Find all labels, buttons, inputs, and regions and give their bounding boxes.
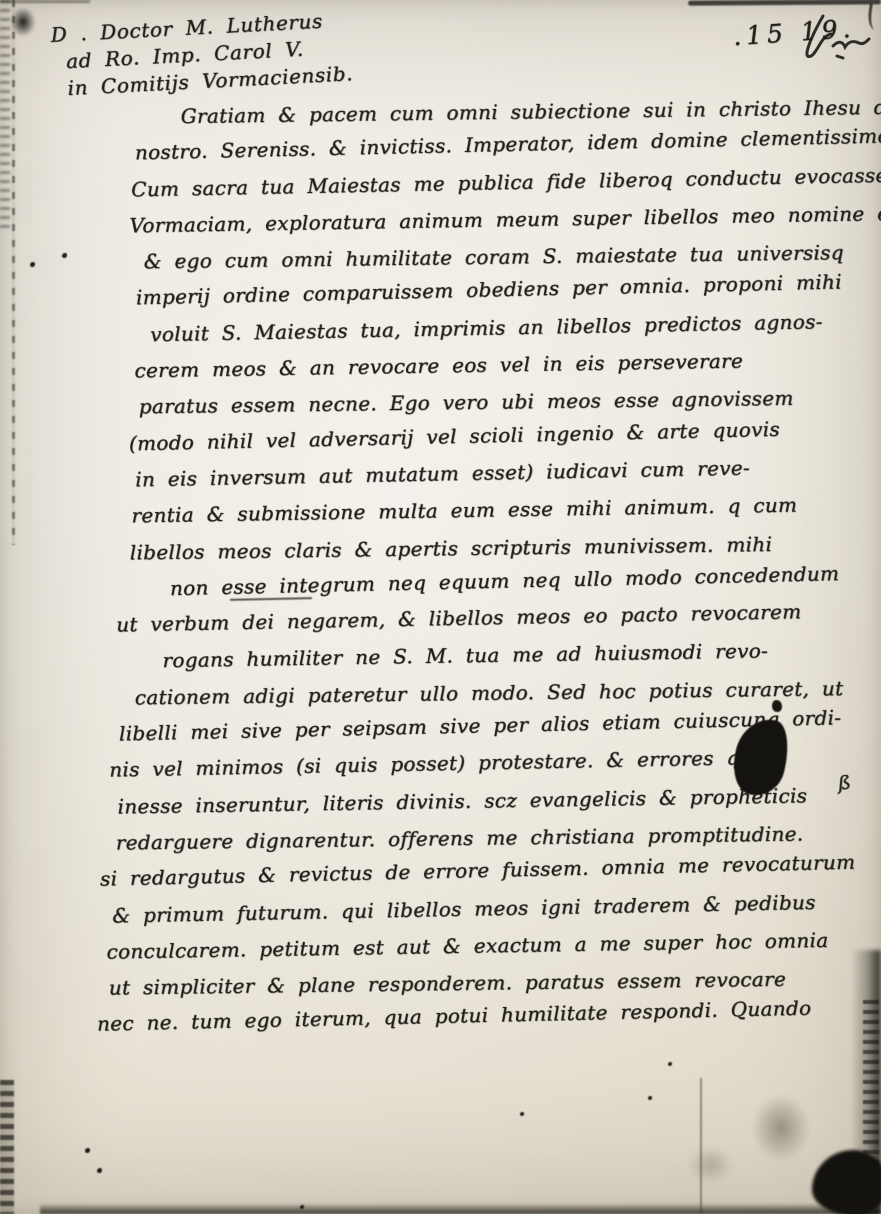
ink-blot-satellite	[772, 700, 782, 712]
ink-dot	[62, 253, 67, 258]
ink-dot	[85, 1148, 90, 1153]
ink-dot	[520, 1112, 524, 1116]
page-edge-top-left	[0, 0, 90, 3]
page-edge-top-right	[688, 0, 881, 6]
corner-mark-top-left	[6, 2, 40, 42]
fold-crease-left	[12, 0, 15, 545]
ink-dot	[97, 1168, 102, 1173]
stain-smudge-lower	[680, 1140, 740, 1190]
ink-dot	[668, 1062, 672, 1066]
letter-body: Gratiam & pacem cum omni subiectione sui…	[85, 99, 874, 1048]
ink-dot	[30, 262, 35, 267]
margin-mark: ß	[837, 771, 852, 794]
edge-shadow-left-bottom	[0, 1080, 14, 1214]
ink-dot	[648, 1096, 652, 1100]
stain-smudge-right	[742, 1082, 820, 1174]
manuscript-page: D . Doctor M. Lutherus ad Ro. Imp. Carol…	[0, 0, 881, 1214]
edge-shadow-bottom	[40, 1203, 881, 1214]
header-block: D . Doctor M. Lutherus ad Ro. Imp. Carol…	[50, 6, 354, 103]
marginal-flourish-icon	[793, 12, 871, 74]
crease-bottom-center	[700, 1078, 702, 1214]
